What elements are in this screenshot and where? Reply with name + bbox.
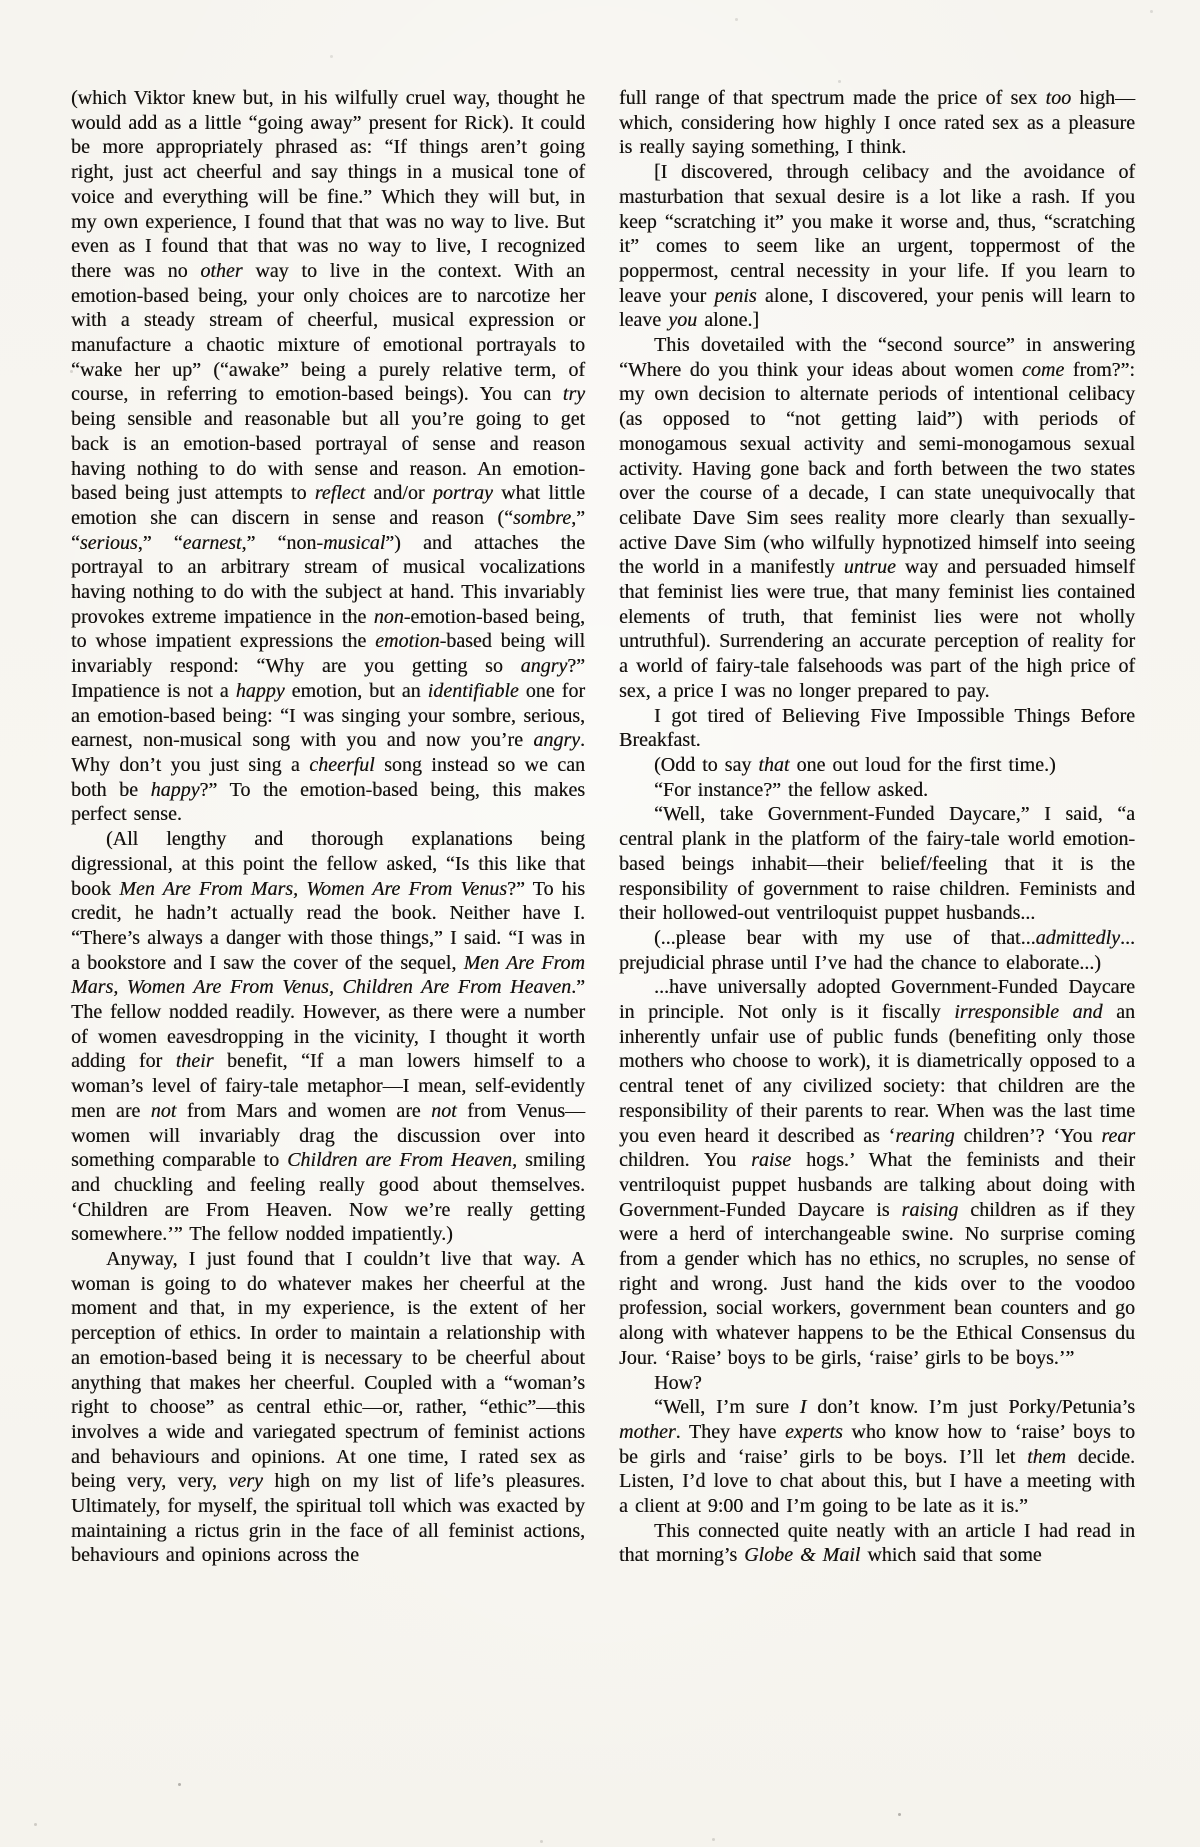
paragraph: (which Viktor knew but, in his wilfully … (71, 86, 585, 827)
scan-speck (34, 1823, 37, 1826)
paragraph: Anyway, I just found that I couldn’t liv… (71, 1247, 585, 1568)
paragraph: full range of that spectrum made the pri… (619, 86, 1135, 160)
scan-speck (898, 1813, 901, 1816)
scan-speck (735, 18, 738, 21)
paragraph: [I discovered, through celibacy and the … (619, 160, 1135, 333)
scan-speck (540, 1840, 543, 1843)
paragraph: This dovetailed with the “second source”… (619, 333, 1135, 704)
paragraph: “For instance?” the fellow asked. (619, 778, 1135, 803)
paragraph: (...please bear with my use of that...ad… (619, 926, 1135, 975)
paragraph: How? (619, 1371, 1135, 1396)
paragraph: (All lengthy and thorough explanations b… (71, 827, 585, 1247)
paragraph: “Well, I’m sure I don’t know. I’m just P… (619, 1395, 1135, 1519)
paragraph: (Odd to say that one out loud for the fi… (619, 753, 1135, 778)
scan-speck (178, 1783, 181, 1786)
paragraph: I got tired of Believing Five Impossible… (619, 704, 1135, 753)
scan-speck (330, 55, 333, 58)
left-column: (which Viktor knew but, in his wilfully … (71, 86, 585, 1847)
paragraph: “Well, take Government-Funded Daycare,” … (619, 802, 1135, 926)
document-page: (which Viktor knew but, in his wilfully … (0, 0, 1200, 1847)
scan-speck (838, 80, 841, 83)
right-column: full range of that spectrum made the pri… (619, 86, 1135, 1847)
paragraph: This connected quite neatly with an arti… (619, 1519, 1135, 1568)
scan-speck (70, 370, 73, 373)
paragraph: ...have universally adopted Government-F… (619, 975, 1135, 1370)
scan-speck (1150, 10, 1153, 13)
scan-speck (712, 1838, 715, 1841)
